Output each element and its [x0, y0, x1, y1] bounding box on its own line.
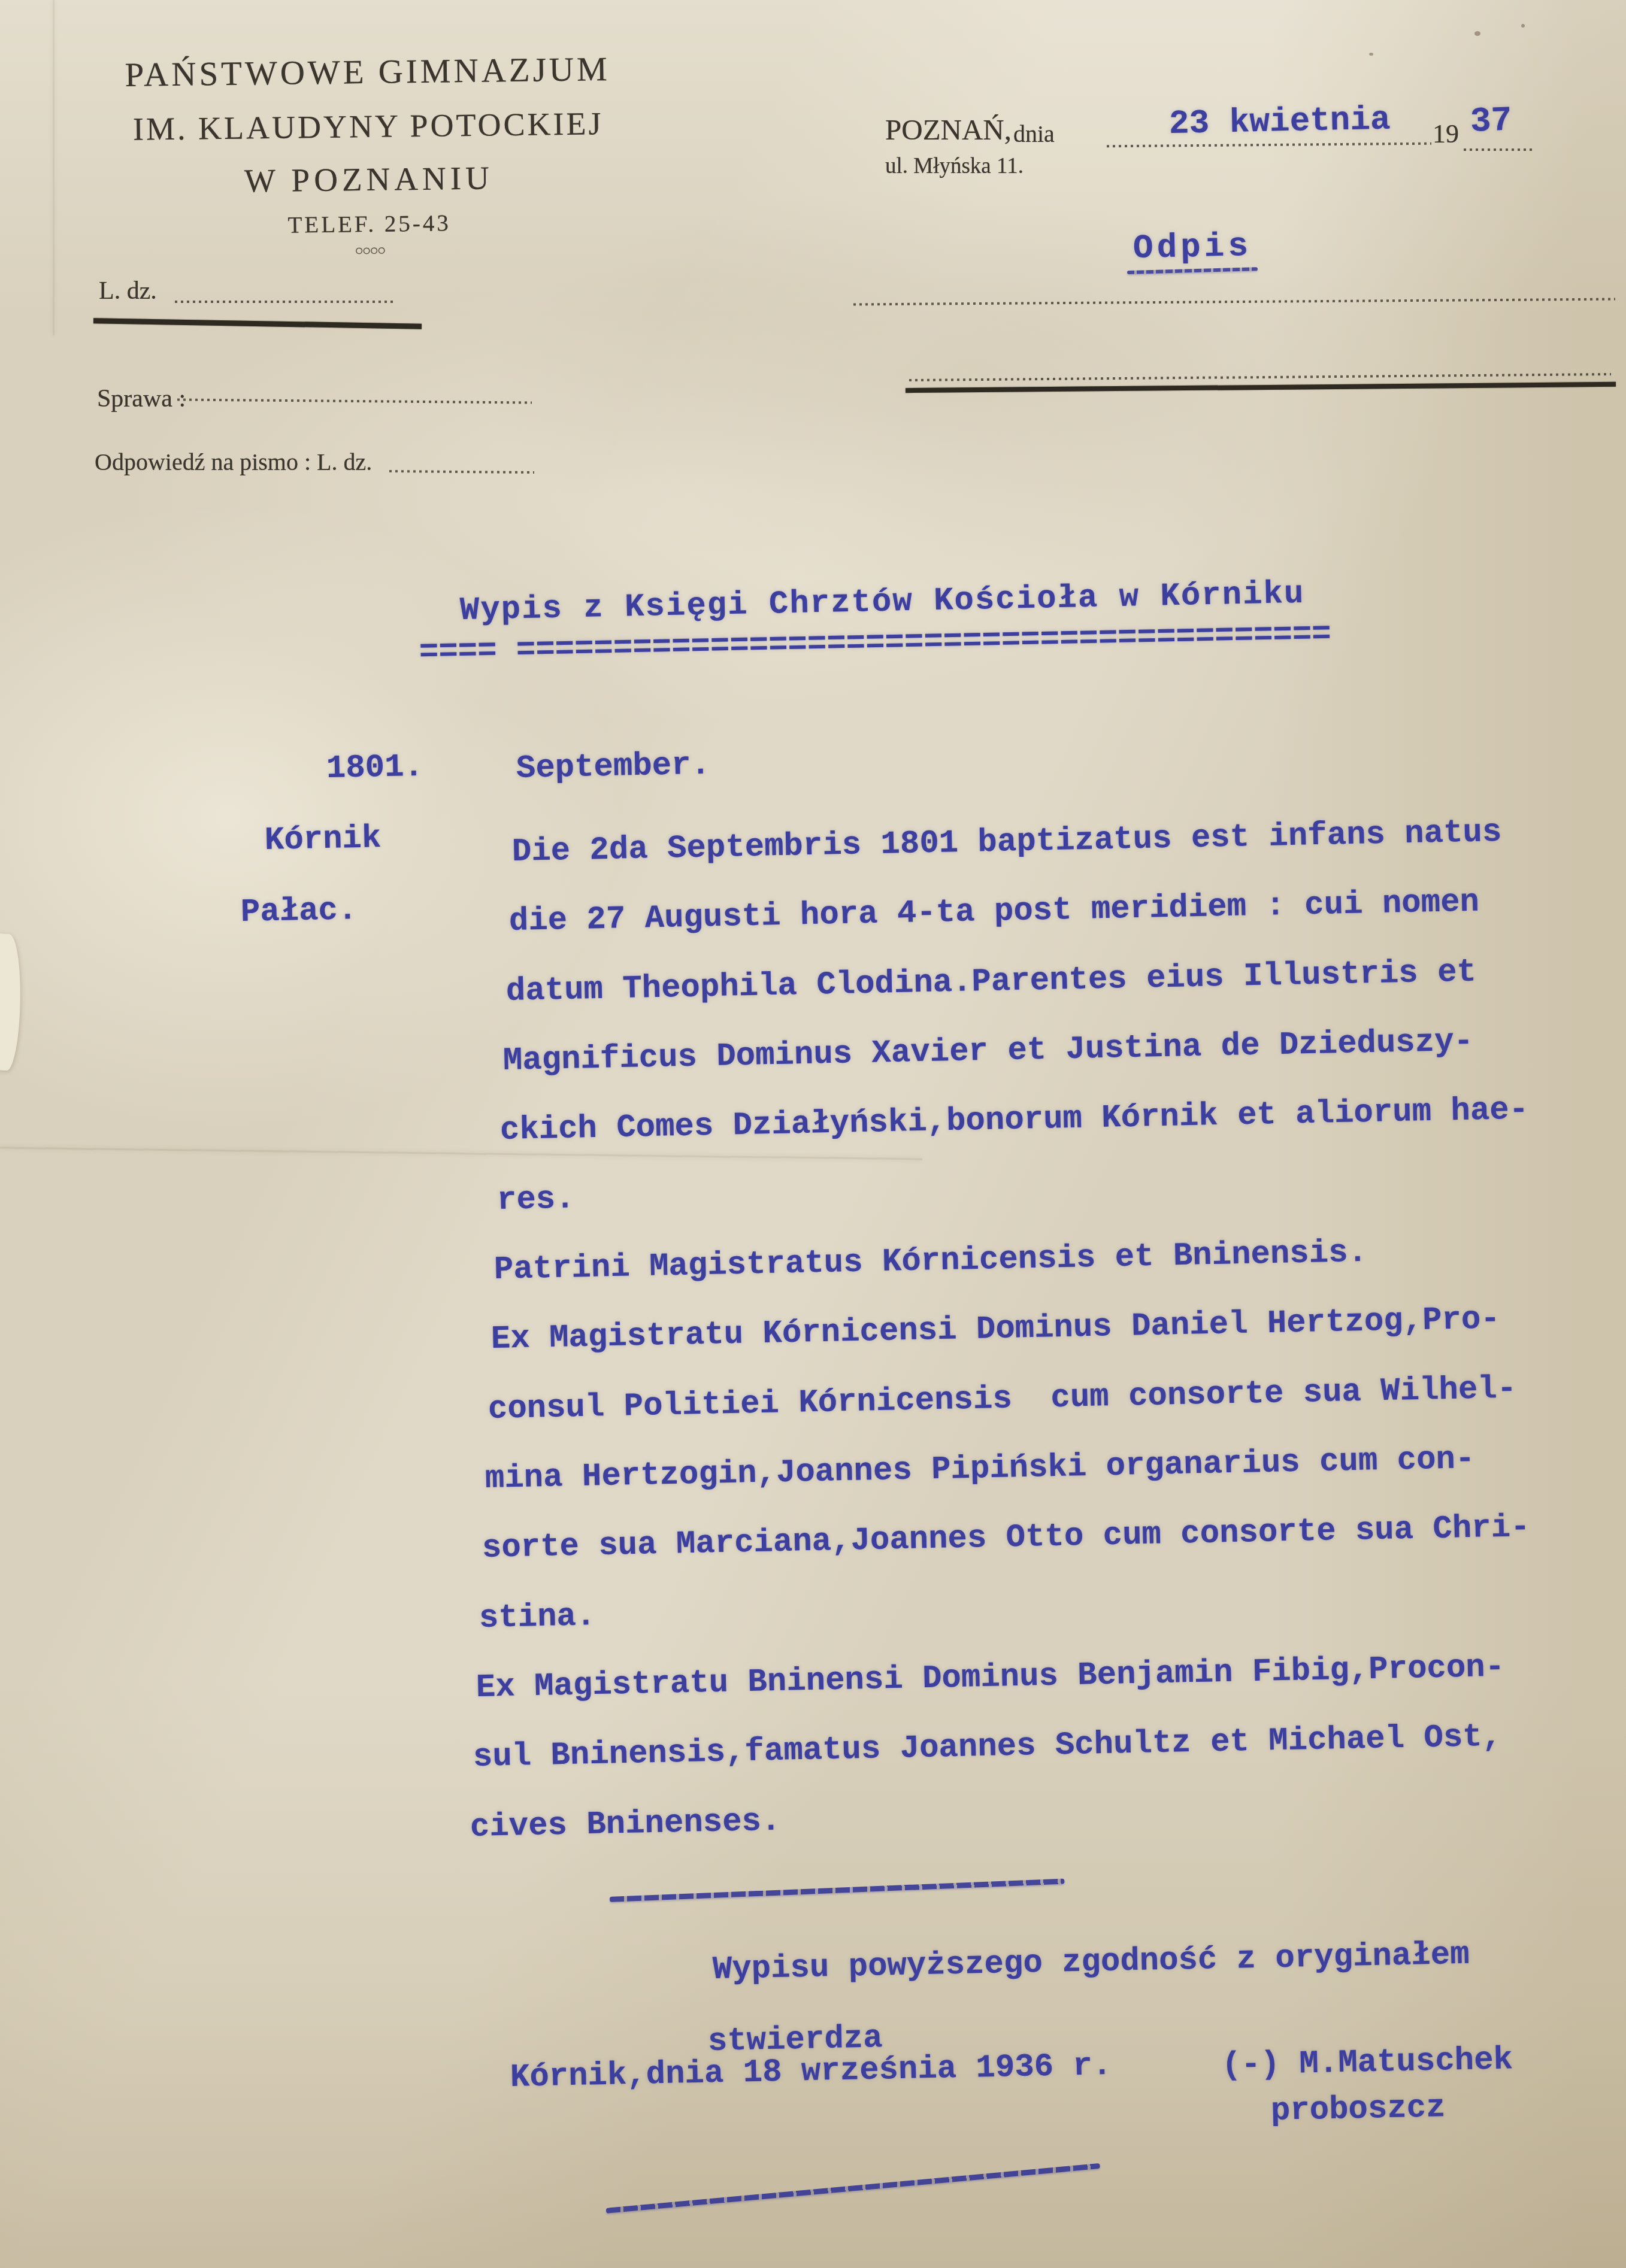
dateline-year-typed: 37 [1470, 104, 1513, 140]
body-line: stina. [479, 1599, 596, 1636]
body-line: consul Politiei Kórnicensis cum consorte… [488, 1372, 1516, 1427]
letterhead: PAŃSTWOWE GIMNAZJUM IM. KLAUDYNY POTOCKI… [46, 0, 691, 280]
body-line: cives Bninenses. [470, 1805, 781, 1845]
sprawa-label: Sprawa : [97, 384, 186, 413]
entry-year: 1801. [326, 750, 423, 787]
sprawa-dotted-line [177, 398, 532, 404]
body-line: res. [496, 1182, 575, 1218]
right-rule [906, 382, 1616, 393]
separator-line-lower [606, 2163, 1100, 2214]
letterhead-school-name-line2: IM. KLAUDYNY POTOCKIEJ [47, 104, 689, 148]
body-line: Ex Magistratu Kórnicensi Dominus Daniel … [490, 1302, 1500, 1357]
body-line: sorte sua Marciana,Joannes Otto cum cons… [482, 1511, 1530, 1566]
body-line: Ex Magistratu Bninensi Dominus Benjamin … [476, 1651, 1504, 1706]
ldz-dotted-line [175, 301, 395, 303]
dateline-dnia-label: dnia [1013, 120, 1055, 148]
ldz-label: L. dz. [99, 277, 157, 305]
paper-speck [1369, 53, 1373, 56]
odpowiedz-label: Odpowiedź na pismo : L. dz. [95, 448, 372, 476]
paper-torn-notch [0, 933, 24, 1071]
signer-title: proboszcz [1270, 2091, 1446, 2129]
odpowiedz-dotted-line [389, 470, 534, 474]
odpis-underline [1127, 267, 1258, 274]
dateline-date-typed: 23 kwietnia [1168, 102, 1391, 141]
body-line: Magnificus Dominus Xavier et Justina de … [502, 1024, 1473, 1079]
signature: (-) M.Matuschek [1221, 2043, 1513, 2084]
right-dotted-line-1 [853, 298, 1615, 306]
body-line: sul Bninensis,famatus Joannes Schultz et… [473, 1720, 1501, 1775]
body-line: datum Theophila Clodina.Parentes eius Il… [505, 955, 1476, 1009]
separator-line-upper [610, 1879, 1065, 1902]
letterhead-phone: TELEF. 25-43 [49, 207, 690, 241]
entry-place-line2: Pałac. [240, 893, 358, 930]
certification-line1: Wypisu powyższego zgodność z oryginałem [712, 1938, 1470, 1988]
odpis-heading: Odpis [1133, 229, 1252, 266]
dateline-dotted-line [1107, 142, 1431, 148]
document-page: PAŃSTWOWE GIMNAZJUM IM. KLAUDYNY POTOCKI… [0, 0, 1626, 2268]
dateline-year-dotted-line [1464, 148, 1536, 151]
letterhead-ornament: ○○○○ [49, 239, 690, 263]
dateline-city: POZNAŃ, [885, 113, 1012, 147]
dateline-year-printed: 19 [1433, 119, 1459, 149]
entry-place-line1: Kórnik [264, 821, 381, 859]
body-line: Die 2da Septembris 1801 baptizatus est i… [511, 815, 1502, 870]
letterhead-city-line: W POZNANIU [49, 156, 690, 202]
paper-speck [1521, 24, 1525, 28]
body-line: die 27 Augusti hora 4-ta post meridiem :… [508, 885, 1479, 939]
paper-speck [1474, 31, 1480, 36]
body-line: Patrini Magistratus Kórnicensis et Bnine… [493, 1236, 1367, 1288]
dateline-street: ul. Młyńska 11. [885, 153, 1024, 179]
body-line: ckich Comes Działyński,bonorum Kórnik et… [499, 1093, 1528, 1148]
right-dotted-line-2 [909, 373, 1611, 381]
entry-month: September. [516, 748, 710, 787]
body-line: mina Hertzogin,Joannes Pipiński organari… [485, 1442, 1475, 1497]
letterhead-school-name-line1: PAŃSTWOWE GIMNAZJUM [47, 48, 688, 95]
certification-place-date: Kórnik,dnia 18 września 1936 r. [510, 2049, 1112, 2096]
paper-crease-horizontal [0, 1147, 922, 1160]
ldz-rule [93, 318, 422, 329]
